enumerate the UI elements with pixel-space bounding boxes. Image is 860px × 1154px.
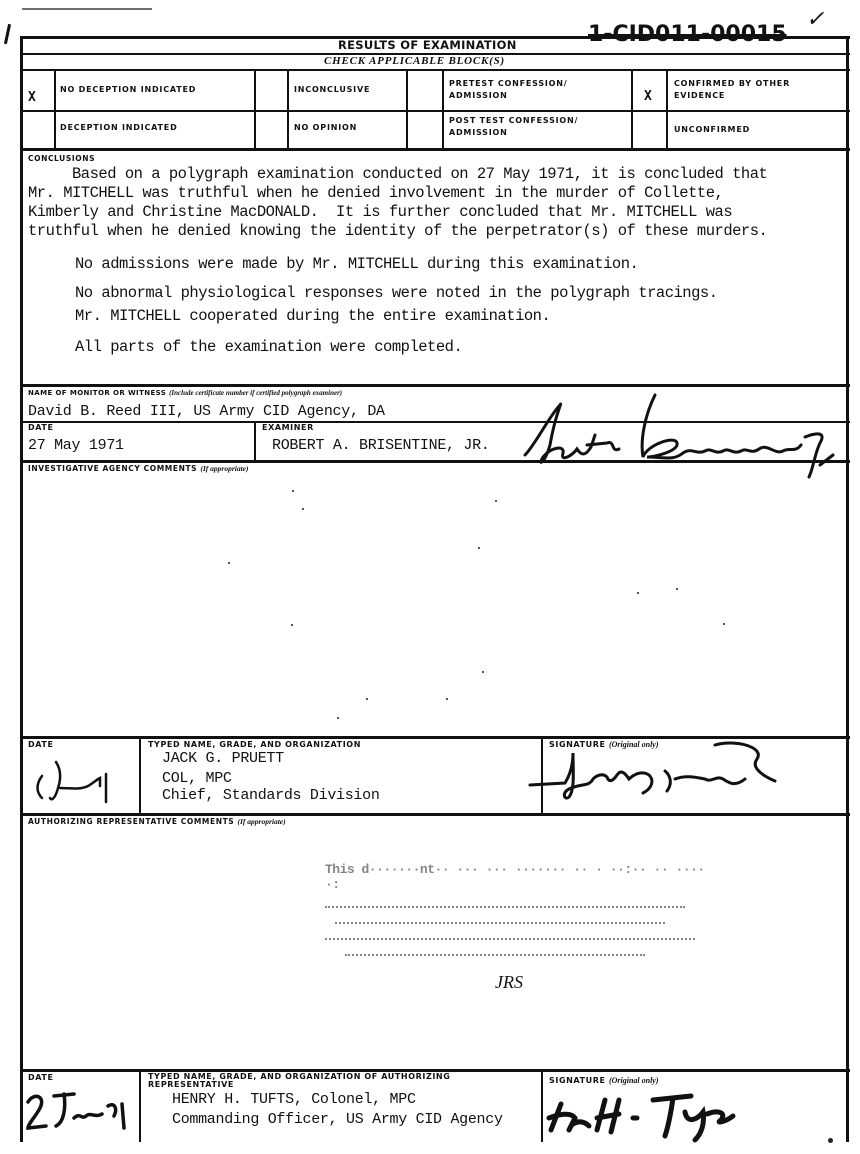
scan-speck — [291, 624, 293, 626]
conclusion-statement: No abnormal physiological responses were… — [75, 283, 718, 303]
reviewer-grade: COL, MPC — [162, 770, 232, 787]
review-date-label: DATE — [28, 740, 54, 750]
checkbox-confirmed-by-other-evidence[interactable]: X — [644, 89, 652, 104]
checkbox-no-deception-indicated[interactable]: X — [28, 90, 36, 105]
handwritten-date-icon — [24, 1088, 139, 1138]
label-text: INVESTIGATIVE AGENCY COMMENTS — [28, 464, 197, 473]
reviewer-organization: Chief, Standards Division — [162, 787, 380, 804]
stamp-text: This d·······nt·· ··· ··· ······· ·· · ·… — [325, 862, 715, 892]
check-mark-icon: ✓ — [806, 6, 824, 32]
scan-speck — [495, 500, 497, 502]
scan-speck — [478, 547, 480, 549]
divider — [254, 69, 256, 150]
conclusion-line: Kimberly and Christine MacDONALD. It is … — [28, 202, 732, 222]
investigative-comments-label: INVESTIGATIVE AGENCY COMMENTS (If approp… — [28, 464, 249, 474]
label-no-deception-indicated: NO DECEPTION INDICATED — [60, 84, 196, 96]
divider — [20, 148, 850, 151]
label-note: (If appropriate) — [238, 817, 286, 826]
authorizing-comments-label: AUTHORIZING REPRESENTATIVE COMMENTS (If … — [28, 817, 286, 827]
label-pretest-confession: PRETEST CONFESSION/ADMISSION — [449, 78, 567, 102]
divider — [139, 736, 141, 814]
scan-artifact — [4, 24, 11, 44]
conclusions-label: CONCLUSIONS — [28, 154, 95, 164]
form-subtitle: CHECK APPLICABLE BLOCK(S) — [324, 55, 505, 67]
divider — [442, 69, 444, 150]
divider — [666, 69, 668, 150]
label-text: NAME OF MONITOR OR WITNESS — [28, 389, 166, 397]
label-inconclusive: INCONCLUSIVE — [294, 84, 370, 96]
divider — [20, 460, 850, 463]
form-right-border — [846, 36, 849, 1142]
exam-date-label: DATE — [28, 423, 54, 433]
monitor-value: David B. Reed III, US Army CID Agency, D… — [28, 403, 385, 420]
label-deception-indicated: DECEPTION INDICATED — [60, 122, 178, 134]
stamp-dots — [345, 954, 645, 956]
divider — [139, 1069, 141, 1142]
form-left-border — [20, 36, 23, 1142]
label-post-test-confession: POST TEST CONFESSION/ADMISSION — [449, 115, 578, 139]
divider — [406, 69, 408, 150]
scan-speck — [228, 562, 230, 564]
examiner-label: EXAMINER — [262, 423, 314, 433]
conclusion-line: Based on a polygraph examination conduct… — [28, 164, 767, 184]
conclusion-statement: All parts of the examination were comple… — [75, 337, 462, 357]
investigative-comments-field — [24, 476, 844, 732]
exam-date-value: 27 May 1971 — [28, 437, 124, 454]
divider — [541, 1069, 543, 1142]
scan-speck — [482, 671, 484, 673]
stamp-initials: JRS — [495, 972, 523, 993]
scan-speck — [828, 1138, 833, 1143]
divider — [20, 813, 850, 816]
authorizer-organization: Commanding Officer, US Army CID Agency — [172, 1111, 503, 1128]
stamp-dots — [335, 922, 665, 924]
label-line: ADMISSION — [449, 128, 508, 137]
divider — [287, 69, 289, 150]
stamp-dots — [325, 938, 695, 940]
label-line: EVIDENCE — [674, 91, 725, 100]
form-title: RESULTS OF EXAMINATION — [338, 38, 517, 52]
scan-artifact — [22, 8, 152, 10]
label-no-opinion: NO OPINION — [294, 122, 357, 134]
conclusion-line: truthful when he denied knowing the iden… — [28, 221, 767, 241]
scan-speck — [337, 717, 339, 719]
label-note: (Original only) — [609, 1076, 659, 1085]
document-number: 1-CID011-00015 — [588, 22, 787, 47]
authorizer-signature-icon — [545, 1090, 785, 1150]
handwritten-date-icon — [30, 758, 130, 808]
examiner-signature-icon — [515, 385, 845, 485]
scan-speck — [676, 588, 678, 590]
label-line: ADMISSION — [449, 91, 508, 100]
divider — [631, 69, 633, 150]
reviewer-signature-icon — [525, 735, 825, 815]
reviewer-name-label: TYPED NAME, GRADE, AND ORGANIZATION — [148, 740, 361, 750]
authorizer-name-label: TYPED NAME, GRADE, AND ORGANIZATION OF A… — [148, 1073, 450, 1089]
conclusion-line: Mr. MITCHELL was truthful when he denied… — [28, 183, 723, 203]
authorizer-name: HENRY H. TUFTS, Colonel, MPC — [172, 1091, 416, 1108]
scan-speck — [637, 592, 639, 594]
label-text: REPRESENTATIVE — [148, 1080, 234, 1089]
divider — [254, 421, 256, 461]
scan-speck — [723, 623, 725, 625]
monitor-label: NAME OF MONITOR OR WITNESS (Include cert… — [28, 388, 342, 398]
label-line: CONFIRMED BY OTHER — [674, 79, 790, 88]
label-line: POST TEST CONFESSION/ — [449, 116, 578, 125]
divider — [20, 110, 850, 112]
scan-speck — [292, 490, 294, 492]
label-line: PRETEST CONFESSION/ — [449, 79, 567, 88]
reviewer-name: JACK G. PRUETT — [162, 750, 284, 767]
conclusion-statement: Mr. MITCHELL cooperated during the entir… — [75, 306, 550, 326]
stamp-dots — [325, 906, 685, 908]
label-note: (If appropriate) — [200, 464, 248, 473]
divider — [54, 69, 56, 150]
authorize-date-label: DATE — [28, 1073, 54, 1083]
authorizer-signature-label: SIGNATURE (Original only) — [549, 1076, 659, 1086]
scan-speck — [366, 698, 368, 700]
divider — [20, 69, 850, 71]
label-unconfirmed: UNCONFIRMED — [674, 124, 750, 136]
label-note: (Include certificate number if certified… — [169, 389, 342, 397]
scan-speck — [446, 698, 448, 700]
conclusion-statement: No admissions were made by Mr. MITCHELL … — [75, 254, 638, 274]
scan-speck — [302, 508, 304, 510]
examiner-value: ROBERT A. BRISENTINE, JR. — [272, 437, 490, 454]
label-text: SIGNATURE — [549, 1076, 606, 1085]
label-text: AUTHORIZING REPRESENTATIVE COMMENTS — [28, 817, 234, 826]
label-confirmed-by-other-evidence: CONFIRMED BY OTHEREVIDENCE — [674, 78, 790, 102]
